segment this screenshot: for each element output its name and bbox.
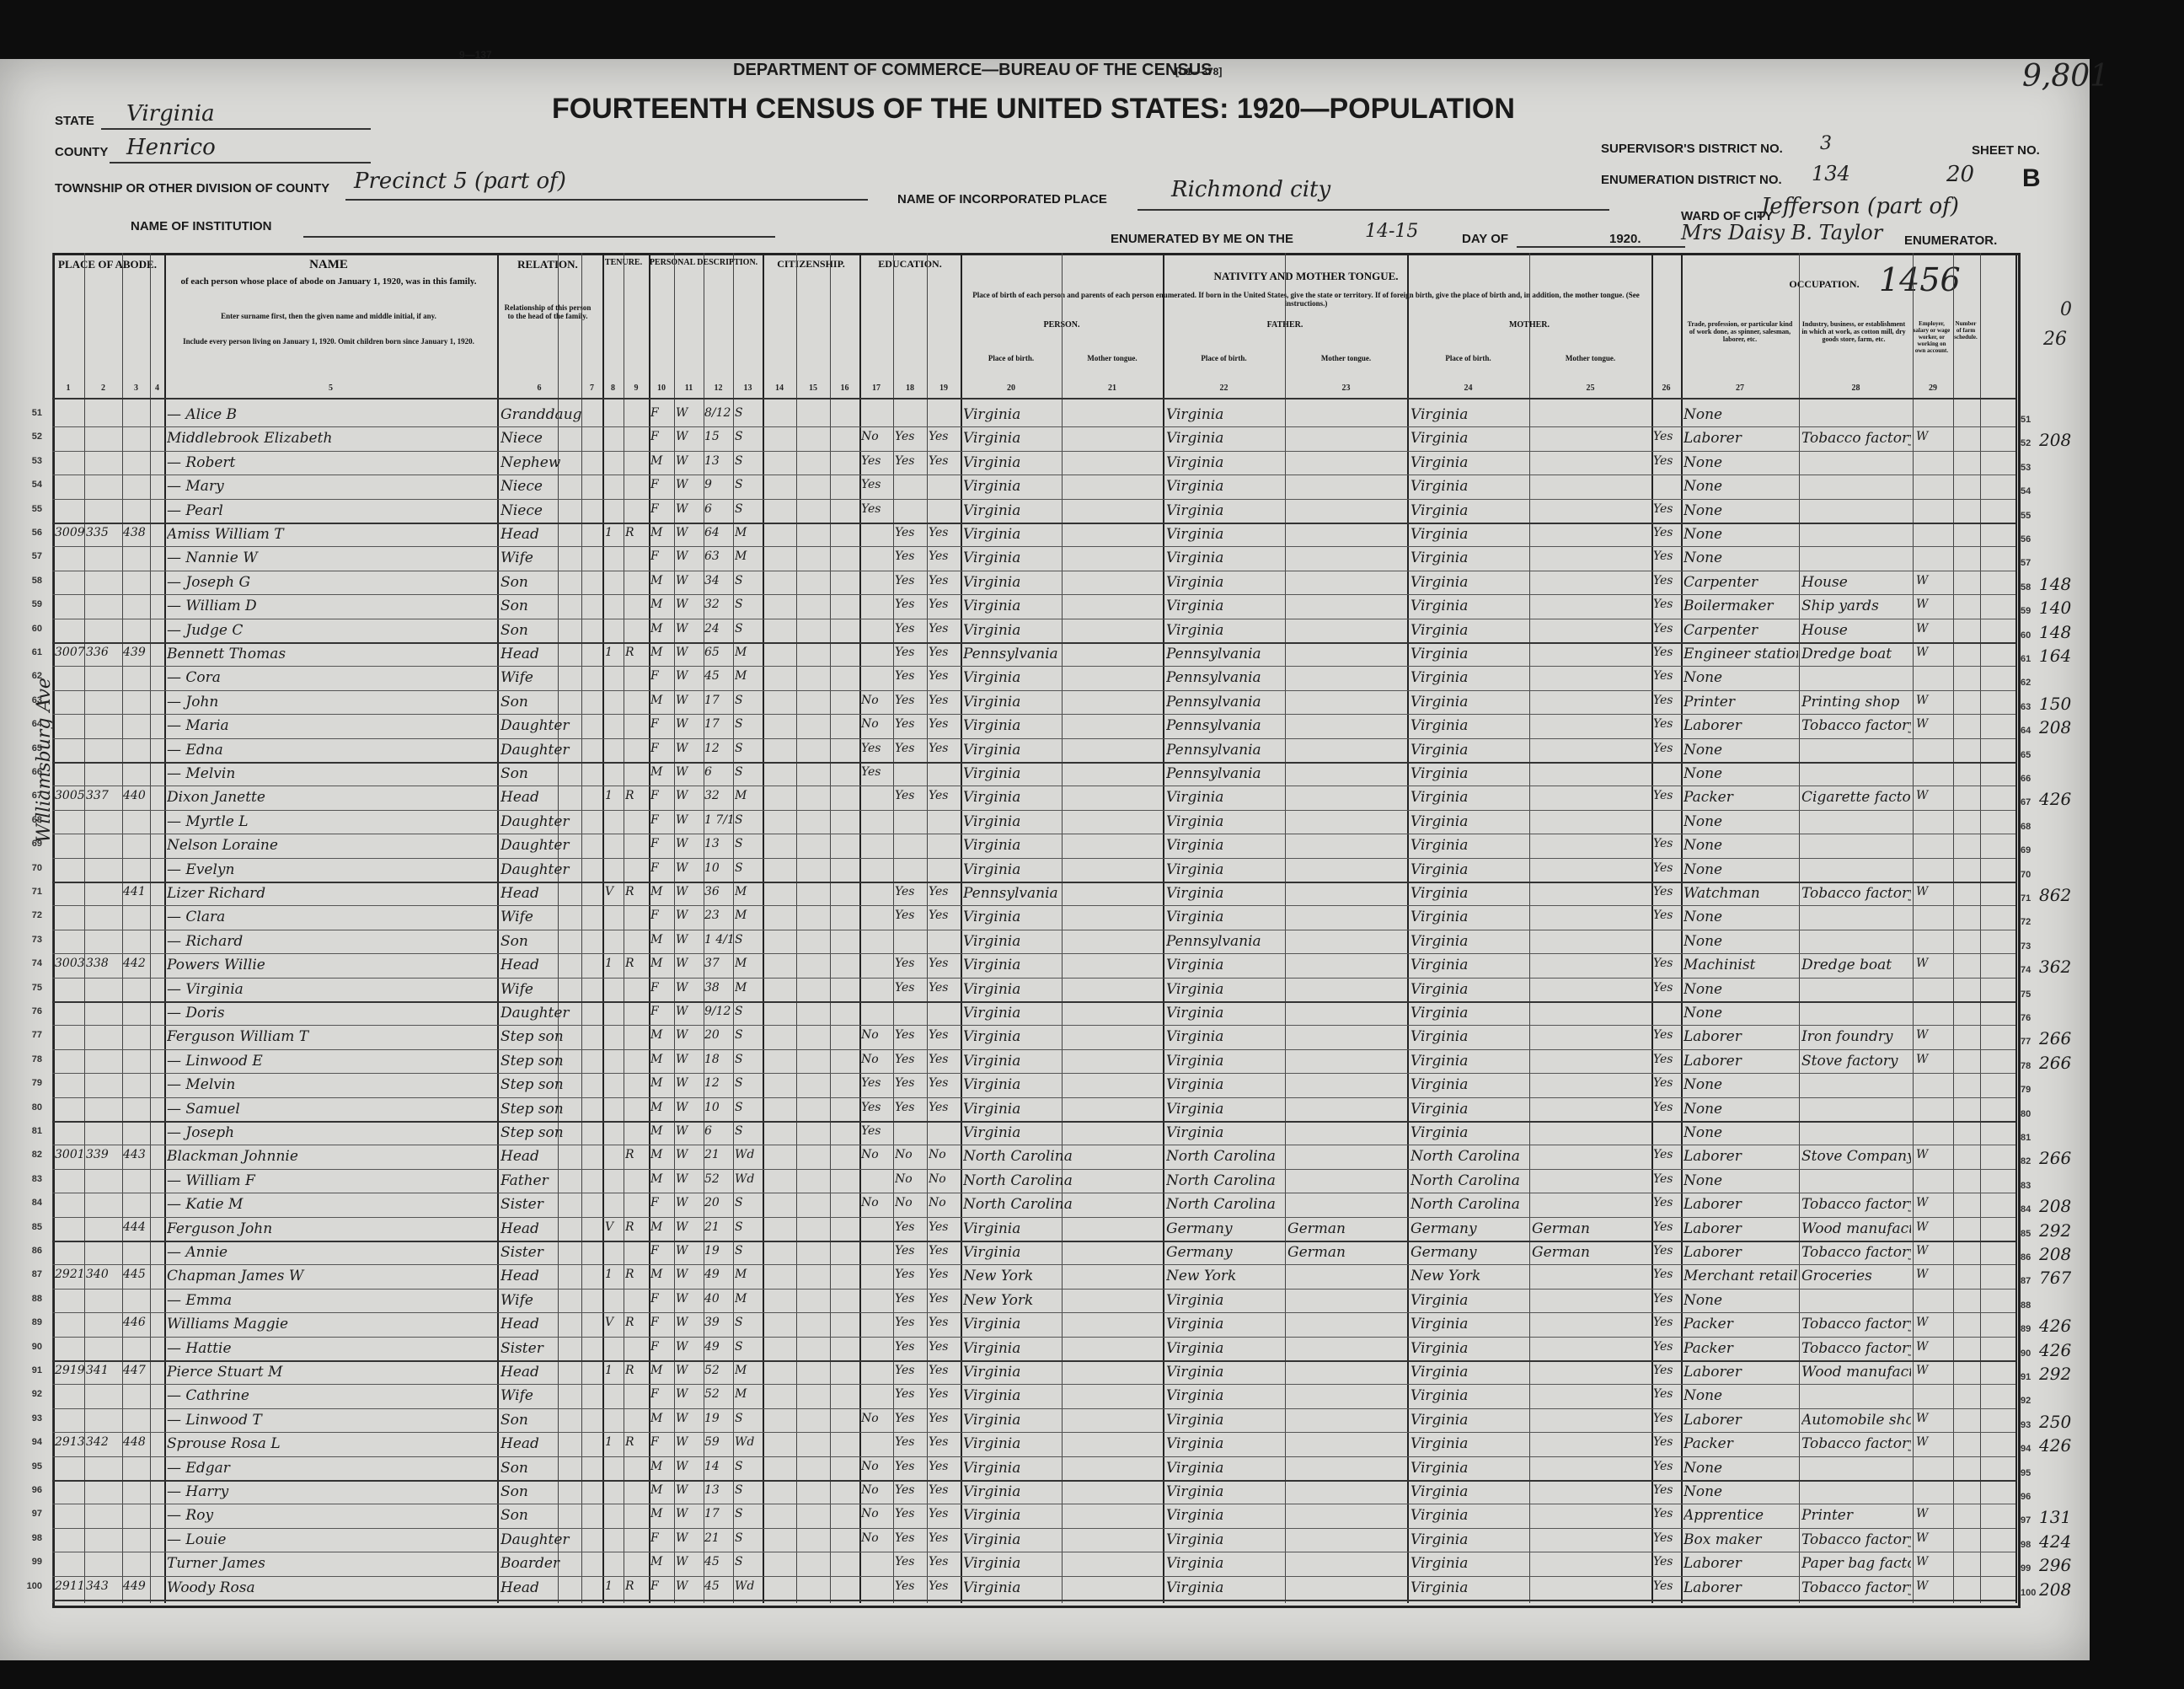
incorporated-label: NAME OF INCORPORATED PLACE [897,192,1107,206]
cell-race: W [676,1364,703,1377]
cell-english: Yes [1653,1507,1680,1520]
cell-occupation: None [1683,861,1798,878]
cell-read: No [895,1196,925,1209]
row-divider [52,666,2015,667]
cell-name: — Hattie [167,1340,495,1357]
cell-race: W [676,430,703,443]
cell-english: Yes [1653,646,1680,659]
cell-sex: M [650,1460,672,1473]
cell-father-birth: Virginia [1166,1076,1284,1093]
cell-own: R [625,957,647,970]
cell-write: Yes [929,1244,959,1257]
cell-birth: Virginia [963,981,1157,998]
cell-age: 9 [704,478,733,491]
cell-race: W [676,1172,703,1186]
row-divider [52,1121,2015,1123]
cell-mother-birth: Virginia [1410,861,1528,878]
cell-relation: Wife [500,550,581,566]
cell-birth: Virginia [963,837,1157,854]
cell-school: Yes [861,1124,891,1138]
cell-family: 439 [123,646,150,659]
cell-sex: M [650,1028,672,1042]
cell-name: Middlebrook Elizabeth [167,430,495,447]
cell-house: 3007 [55,646,87,659]
cell-relation: Head [500,1220,581,1237]
cell-father-birth: Virginia [1166,1101,1284,1118]
cell-relation: Daughter [500,861,581,878]
cell-occupation: None [1683,1005,1798,1021]
cell-english: Yes [1653,1172,1680,1186]
cell-mother-birth: Virginia [1410,1412,1528,1429]
cell-sex: M [650,1412,672,1425]
cell-name: — Doris [167,1005,495,1021]
cell-read: No [895,1148,925,1161]
cell-age: 52 [704,1387,733,1401]
column-divider [497,253,499,1603]
cell-employer: W [1916,1196,1951,1209]
cell-english: Yes [1653,574,1680,587]
line-number: 98 [8,1533,42,1543]
cell-relation: Daughter [500,813,581,830]
cell-sex: F [650,478,672,491]
cell-father-birth: Virginia [1166,406,1284,423]
cell-occupation: None [1683,837,1798,854]
cell-industry: Tobacco factory [1801,1531,1911,1548]
cell-sex: F [650,1435,672,1449]
hdr-person-birth: Place of birth. [961,354,1062,362]
cell-birth: Virginia [963,574,1157,591]
cell-age: 21 [704,1220,733,1234]
cell-race: W [676,1387,703,1401]
cell-relation: Head [500,885,581,902]
cell-marital: M [735,646,760,659]
row-divider [52,1360,2015,1362]
column-divider [164,253,166,1603]
cell-age: 6 [704,1124,733,1138]
cell-english: Yes [1653,1555,1680,1568]
cell-marital: Wd [735,1148,760,1161]
cell-marital: S [735,765,760,779]
cell-name: Sprouse Rosa L [167,1435,495,1452]
cell-birth: Virginia [963,765,1157,782]
cell-write: Yes [929,981,959,995]
cell-race: W [676,1028,703,1042]
cell-industry: Tobacco factory [1801,1340,1911,1357]
cell-father-birth: Virginia [1166,1292,1284,1309]
cell-marital: S [735,598,760,611]
cell-birth: North Carolina [963,1196,1157,1213]
cell-relation: Son [500,598,581,614]
cell-name: — Louie [167,1531,495,1548]
cell-name: — Robert [167,454,495,471]
cell-mother-birth: Virginia [1410,742,1528,759]
cell-father-birth: Pennsylvania [1166,694,1284,710]
cell-race: W [676,1196,703,1209]
cell-occupation: Laborer [1683,1412,1798,1429]
cell-occupation: None [1683,1292,1798,1309]
column-number: 22 [1163,383,1285,397]
line-number: 68 [8,815,42,825]
cell-name: — Alice B [167,406,495,423]
cell-father-birth: Virginia [1166,1316,1284,1332]
cell-father-birth: Virginia [1166,1483,1284,1500]
cell-race: W [676,981,703,995]
line-number-right: 68 [2021,822,2046,832]
cell-mother-birth: Virginia [1410,1316,1528,1332]
cell-relation: Son [500,622,581,639]
cell-occupation: None [1683,981,1798,998]
cell-mother-tongue: German [1532,1220,1650,1237]
line-number: 94 [8,1437,42,1447]
cell-race: W [676,957,703,970]
cell-tenure: 1 [605,1579,622,1593]
cell-write: Yes [929,909,959,922]
cell-relation: Niece [500,430,581,447]
cell-relation: Wife [500,669,581,686]
cell-marital: S [735,933,760,946]
enumerator-label: ENUMERATOR. [1904,233,1997,248]
cell-english: Yes [1653,694,1680,707]
line-number-right: 55 [2021,511,2046,521]
column-number: 3 [122,383,150,397]
cell-birth: Virginia [963,1028,1157,1045]
cell-own: R [625,1316,647,1329]
cell-english: Yes [1653,1579,1680,1593]
row-divider [52,953,2015,954]
cell-name: Ferguson William T [167,1028,495,1045]
margin-26: 26 [2043,329,2067,350]
cell-name: — Harry [167,1483,495,1500]
cell-age: 37 [704,957,733,970]
cell-sex: F [650,861,672,875]
cell-relation: Father [500,1172,581,1189]
cell-write: Yes [929,1412,959,1425]
cell-name: Blackman Johnnie [167,1148,495,1165]
cell-father-birth: Virginia [1166,981,1284,998]
cell-dwelling: 340 [86,1268,121,1281]
cell-english: Yes [1653,1028,1680,1042]
occupation-code: 424 [2039,1531,2071,1552]
cell-read: Yes [895,981,925,995]
line-number: 75 [8,983,42,993]
cell-father-birth: Virginia [1166,1555,1284,1572]
cell-race: W [676,646,703,659]
cell-employer: W [1916,957,1951,970]
cell-write: Yes [929,1268,959,1281]
cell-sex: M [650,1555,672,1568]
cell-age: 36 [704,885,733,898]
occupation-code: 426 [2039,789,2071,809]
cell-employer: W [1916,574,1951,587]
line-number: 60 [8,624,42,634]
cell-marital: S [735,454,760,468]
row-divider [52,426,2015,427]
cell-mother-birth: Virginia [1410,430,1528,447]
cell-own: R [625,789,647,802]
column-divider [733,253,734,1603]
cell-relation: Son [500,574,581,591]
line-number: 76 [8,1006,42,1016]
cell-occupation: Watchman [1683,885,1798,902]
cell-mother-birth: Virginia [1410,1124,1528,1141]
cell-relation: Son [500,1460,581,1477]
cell-age: 1 7/12 [704,813,733,827]
cell-family: 440 [123,789,150,802]
cell-employer: W [1916,1531,1951,1545]
cell-birth: Virginia [963,1435,1157,1452]
cell-father-birth: Virginia [1166,1579,1284,1596]
line-number: 84 [8,1198,42,1208]
cell-english: Yes [1653,526,1680,539]
cell-occupation: Machinist [1683,957,1798,973]
row-divider [52,1097,2015,1098]
cell-age: 9/12 [704,1005,733,1018]
cell-birth: Virginia [963,598,1157,614]
cell-relation: Head [500,789,581,806]
cell-write: Yes [929,1101,959,1114]
cell-english: Yes [1653,598,1680,611]
cell-tenure: 1 [605,1364,622,1377]
line-number: 55 [8,504,42,514]
cell-english: Yes [1653,837,1680,850]
cell-write: Yes [929,550,959,563]
cell-industry: House [1801,622,1911,639]
cell-english: Yes [1653,885,1680,898]
cell-name: — Clara [167,909,495,925]
cell-father-birth: Virginia [1166,430,1284,447]
line-number: 64 [8,719,42,729]
cell-name: Bennett Thomas [167,646,495,662]
cell-birth: Virginia [963,669,1157,686]
cell-mother-birth: Virginia [1410,909,1528,925]
cell-write: Yes [929,1483,959,1497]
cell-occupation: None [1683,933,1798,950]
cell-sex: F [650,502,672,516]
cell-english: Yes [1653,957,1680,970]
line-number: 88 [8,1294,42,1304]
cell-race: W [676,717,703,731]
cell-read: Yes [895,430,925,443]
cell-english: Yes [1653,669,1680,683]
cell-father-birth: Virginia [1166,1531,1284,1548]
cell-race: W [676,1101,703,1114]
cell-marital: S [735,430,760,443]
occupation-code: 767 [2039,1268,2071,1288]
cell-sex: F [650,981,672,995]
cell-write: Yes [929,1579,959,1593]
cell-write: Yes [929,1028,959,1042]
cell-name: — Myrtle L [167,813,495,830]
cell-marital: S [735,1196,760,1209]
cell-mother-birth: Virginia [1410,1076,1528,1093]
row-divider [52,1456,2015,1457]
cell-name: Chapman James W [167,1268,495,1284]
cell-name: Woody Rosa [167,1579,495,1596]
cell-mother-birth: Virginia [1410,1340,1528,1357]
cell-sex: F [650,669,672,683]
cell-marital: M [735,550,760,563]
cell-age: 38 [704,981,733,995]
line-number: 95 [8,1461,42,1472]
cell-occupation: Engineer stationary [1683,646,1798,662]
cell-sex: F [650,1005,672,1018]
cell-birth: Virginia [963,454,1157,471]
cell-name: — Judge C [167,622,495,639]
cell-marital: S [735,837,760,850]
cell-race: W [676,694,703,707]
cell-sex: M [650,646,672,659]
cell-school: Yes [861,502,891,516]
column-number: 15 [796,383,830,397]
cell-occupation: Laborer [1683,1196,1798,1213]
cell-write: Yes [929,1435,959,1449]
cell-sex: F [650,1244,672,1257]
cell-school: No [861,1531,891,1545]
cell-write: Yes [929,622,959,635]
row-divider [52,905,2015,906]
column-number: 21 [1062,383,1163,397]
cell-race: W [676,1555,703,1568]
line-number: 71 [8,887,42,897]
row-divider [52,1432,2015,1433]
cell-occupation: Laborer [1683,1220,1798,1237]
cell-employer: W [1916,717,1951,731]
cell-sex: M [650,1172,672,1186]
state-label: STATE [55,114,94,128]
cell-birth: North Carolina [963,1148,1157,1165]
row-divider [52,1025,2015,1026]
cell-birth: Virginia [963,1005,1157,1021]
cell-own: R [625,1364,647,1377]
cell-marital: S [735,717,760,731]
cell-occupation: None [1683,1076,1798,1093]
row-divider [52,1576,2015,1577]
cell-write: Yes [929,1340,959,1354]
cell-mother-birth: North Carolina [1410,1148,1528,1165]
line-number-right: 79 [2021,1085,2046,1095]
cell-employer: W [1916,1412,1951,1425]
row-divider [52,499,2015,500]
cell-occupation: Box maker [1683,1531,1798,1548]
cell-mother-birth: Virginia [1410,1292,1528,1309]
column-number: 11 [674,383,704,397]
occupation-code: 862 [2039,885,2071,905]
cell-industry: House [1801,574,1911,591]
cell-relation: Head [500,1148,581,1165]
cell-age: 45 [704,1555,733,1568]
occupation-code: 208 [2039,1579,2071,1600]
cell-father-birth: Virginia [1166,1435,1284,1452]
cell-read: Yes [895,1268,925,1281]
cell-house: 3009 [55,526,87,539]
cell-race: W [676,742,703,755]
line-number-right: 75 [2021,989,2046,1000]
cell-occupation: None [1683,1387,1798,1404]
cell-mother-birth: North Carolina [1410,1172,1528,1189]
occupation-code: 250 [2039,1412,2071,1432]
cell-dwelling: 343 [86,1579,121,1593]
cell-occupation: Printer [1683,694,1798,710]
cell-write: Yes [929,1460,959,1473]
cell-mother-birth: Virginia [1410,478,1528,495]
cell-read: Yes [895,1316,925,1329]
column-number: 20 [961,383,1062,397]
row-divider [52,1193,2015,1193]
cell-age: 49 [704,1268,733,1281]
cell-read: Yes [895,1340,925,1354]
cell-school: Yes [861,478,891,491]
line-number: 65 [8,743,42,753]
cell-name: — Edgar [167,1460,495,1477]
cell-mother-birth: Virginia [1410,837,1528,854]
enumerated-day: 14-15 [1365,221,1418,242]
cell-age: 6 [704,765,733,779]
cell-relation: Daughter [500,742,581,759]
cell-write: Yes [929,1531,959,1545]
cell-marital: S [735,1340,760,1354]
cell-name: — William D [167,598,495,614]
column-divider [1913,253,1914,1603]
cell-industry: Wood manufacturing [1801,1364,1911,1381]
row-divider [52,594,2015,595]
cell-race: W [676,837,703,850]
cell-marital: S [735,1028,760,1042]
cell-birth: New York [963,1292,1157,1309]
group-name-sub2: Enter surname first, then the given name… [169,312,489,320]
cell-sex: M [650,1076,672,1090]
line-number-right: 70 [2021,870,2046,880]
cell-write: Yes [929,454,959,468]
cell-tenure: 1 [605,789,622,802]
cell-father-birth: Virginia [1166,837,1284,854]
cell-name: Lizer Richard [167,885,495,902]
cell-race: W [676,789,703,802]
cell-birth: Virginia [963,1555,1157,1572]
column-number: 17 [859,383,893,397]
cell-industry: Tobacco factory [1801,430,1911,447]
cell-birth: Virginia [963,813,1157,830]
cell-write: Yes [929,1316,959,1329]
cell-employer: W [1916,1244,1951,1257]
cell-father-birth: Virginia [1166,550,1284,566]
cell-relation: Nephew [500,454,581,471]
cell-occupation: None [1683,669,1798,686]
cell-father-birth: Virginia [1166,1053,1284,1070]
cell-write: Yes [929,1387,959,1401]
cell-english: Yes [1653,1316,1680,1329]
cell-relation: Step son [500,1101,581,1118]
column-number: 10 [649,383,674,397]
row-divider [52,571,2015,571]
row-divider [52,1169,2015,1170]
cell-relation: Head [500,646,581,662]
cell-mother-birth: Virginia [1410,1387,1528,1404]
cell-sex: F [650,1387,672,1401]
line-number: 96 [8,1485,42,1495]
cell-write: Yes [929,598,959,611]
cell-employer: W [1916,1220,1951,1234]
line-number-right: 51 [2021,415,2046,425]
cell-age: 14 [704,1460,733,1473]
column-divider [2015,253,2017,1603]
cell-occupation: None [1683,1483,1798,1500]
column-number: 2 [84,383,122,397]
year-label: 1920. [1609,232,1641,246]
cell-dwelling: 336 [86,646,121,659]
cell-write: No [929,1196,959,1209]
cell-race: W [676,1579,703,1593]
cell-birth: Virginia [963,1124,1157,1141]
